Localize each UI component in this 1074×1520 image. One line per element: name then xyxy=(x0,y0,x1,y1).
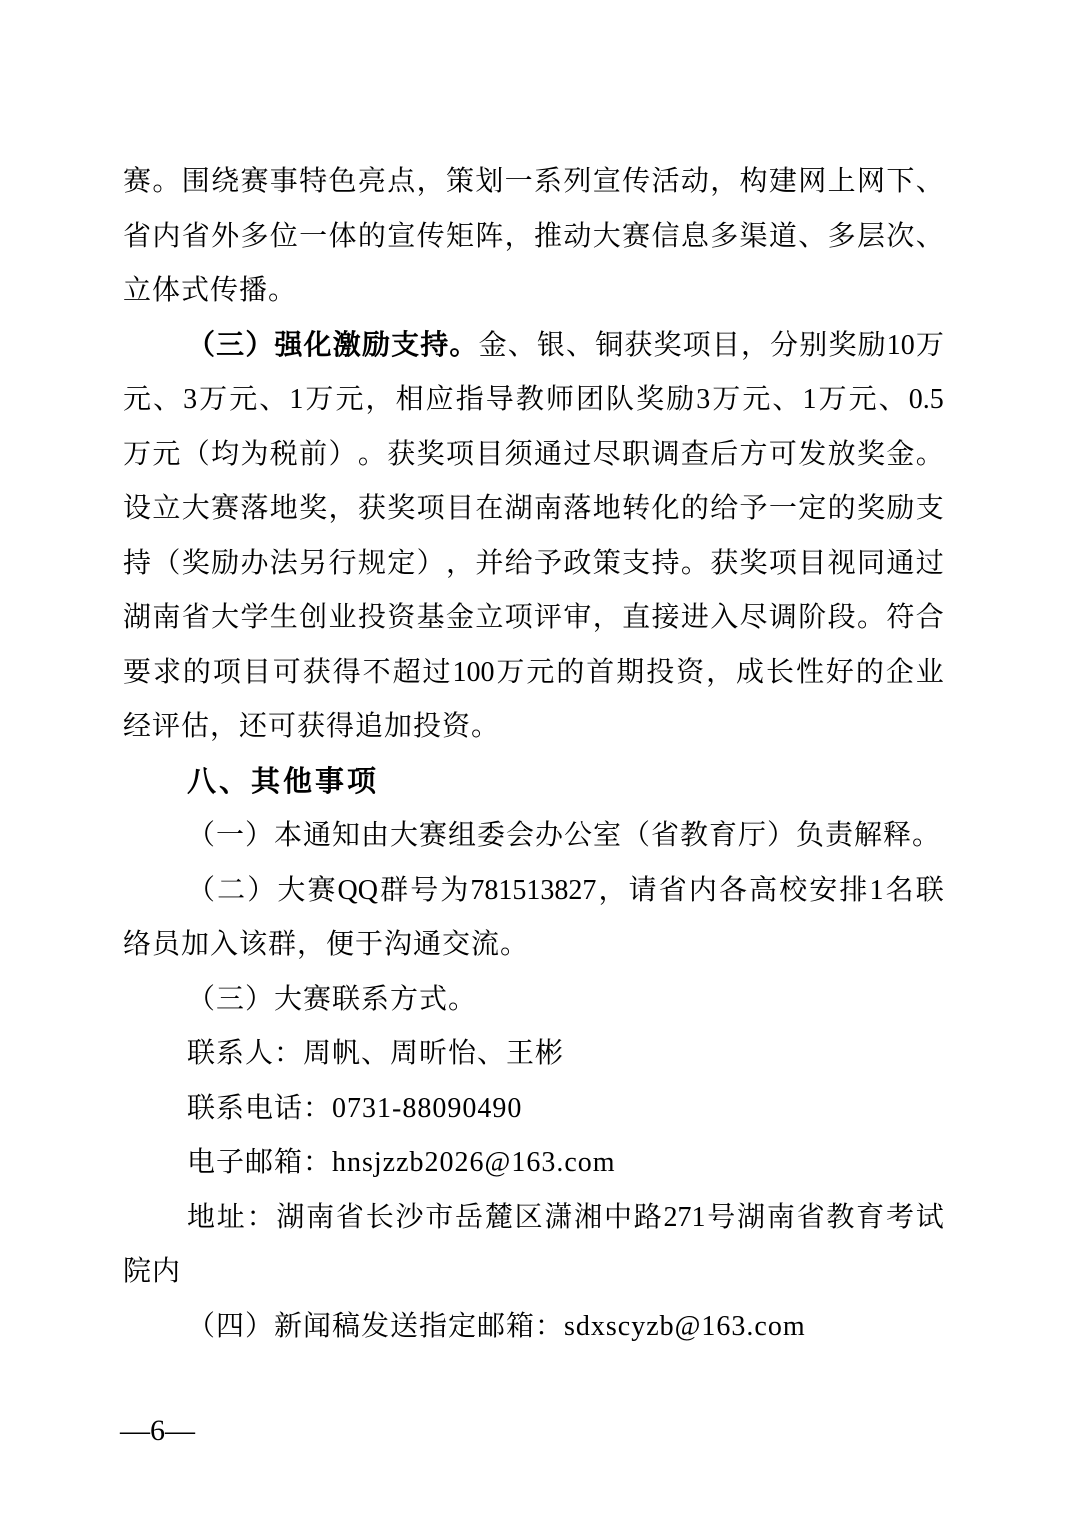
glyph: ， xyxy=(446,537,474,592)
page-number: —6— xyxy=(120,1409,195,1453)
glyph: 划 xyxy=(475,155,503,210)
glyph: 的 xyxy=(556,646,584,701)
glyph: 均 xyxy=(211,428,239,483)
glyph: 地 xyxy=(270,482,298,537)
text-segment: 立体式传播。 xyxy=(123,275,297,306)
glyph: 长 xyxy=(366,1191,394,1246)
text-line: 元、3万元、1万元，相应指导教师团队奖励3万元、1万元、0.5 xyxy=(123,373,944,428)
glyph: 10 xyxy=(887,319,915,374)
glyph: 请 xyxy=(629,864,657,919)
glyph: 后 xyxy=(710,428,738,483)
text-line: 省内省外多位一体的宣传矩阵，推动大赛信息多渠道、多层次、 xyxy=(123,210,944,265)
glyph: 一 xyxy=(299,210,327,265)
glyph: 湖 xyxy=(505,482,533,537)
glyph: 活 xyxy=(651,155,679,210)
glyph: 1 xyxy=(802,373,816,428)
glyph: 符 xyxy=(886,591,914,646)
glyph: 、 xyxy=(798,210,826,265)
glyph: 转 xyxy=(622,482,650,537)
glyph: 多 xyxy=(710,210,738,265)
glyph: 化 xyxy=(304,319,332,374)
glyph: 元 xyxy=(229,373,257,428)
glyph: 励 xyxy=(666,373,694,428)
glyph: 阶 xyxy=(798,591,826,646)
glyph: 南 xyxy=(767,1191,795,1246)
text-segment: （一）本通知由大赛组委会办公室（省教育厅）负责解释。 xyxy=(187,820,941,851)
glyph: 调 xyxy=(651,428,679,483)
glyph: 支 xyxy=(622,537,650,592)
glyph: 。 xyxy=(916,428,944,483)
glyph: 地 xyxy=(593,482,621,537)
glyph: 的 xyxy=(828,482,856,537)
glyph: 项 xyxy=(505,591,533,646)
glyph: 进 xyxy=(681,591,709,646)
glyph: 岳 xyxy=(455,1191,483,1246)
glyph: 三 xyxy=(216,319,244,374)
glyph: ， xyxy=(741,319,769,374)
glyph: 奖 xyxy=(299,482,327,537)
glyph: 元 xyxy=(123,373,151,428)
glyph: 相 xyxy=(396,373,424,428)
text-segment: （四）新闻稿发送指定邮箱：sdxscyzb@163.com xyxy=(187,1311,806,1342)
glyph: 号 xyxy=(410,864,438,919)
glyph: 。 xyxy=(857,591,885,646)
glyph: 获 xyxy=(303,646,331,701)
glyph: 通 xyxy=(534,428,562,483)
text-segment: 联系人：周帆、周昕怡、王彬 xyxy=(187,1038,564,1069)
glyph: 目 xyxy=(798,537,826,592)
glyph: 须 xyxy=(505,428,533,483)
glyph: 金 xyxy=(479,319,507,374)
text-line: （四）新闻稿发送指定邮箱：sdxscyzb@163.com xyxy=(123,1300,944,1355)
glyph: 过 xyxy=(423,646,451,701)
glyph: 目 xyxy=(243,646,271,701)
glyph: 尽 xyxy=(740,591,768,646)
glyph: 调 xyxy=(769,591,797,646)
glyph: 育 xyxy=(856,1191,884,1246)
glyph: 省 xyxy=(182,591,210,646)
text-line: 八、其他事项 xyxy=(123,755,944,810)
glyph: 目 xyxy=(712,319,740,374)
glyph: 过 xyxy=(563,428,591,483)
glyph: 多 xyxy=(828,210,856,265)
text-line: 经评估，还可获得追加投资。 xyxy=(123,700,944,755)
glyph: 的 xyxy=(358,210,386,265)
glyph: 查 xyxy=(681,428,709,483)
glyph: 持 xyxy=(651,537,679,592)
glyph: 的 xyxy=(681,482,709,537)
glyph: ） xyxy=(247,864,275,919)
glyph: 予 xyxy=(740,482,768,537)
glyph: 并 xyxy=(475,537,503,592)
glyph: 赛 xyxy=(211,482,239,537)
glyph: 系 xyxy=(534,155,562,210)
glyph: 赛 xyxy=(307,864,335,919)
text-line: 万元（均为税前）。获奖项目须通过尽职调查后方可发放奖金。 xyxy=(123,428,944,483)
glyph: 万 xyxy=(199,373,227,428)
text-line: 持（奖励办法另行规定），并给予政策支持。获奖项目视同通过 xyxy=(123,537,944,592)
glyph: 3 xyxy=(696,373,710,428)
text-line: 电子邮箱：hnsjzzb2026@163.com xyxy=(123,1136,944,1191)
glyph: 元 xyxy=(742,373,770,428)
glyph: 内 xyxy=(689,864,717,919)
glyph: 万 xyxy=(123,428,151,483)
glyph: 次 xyxy=(886,210,914,265)
glyph: 省 xyxy=(336,1191,364,1246)
glyph: 元 xyxy=(335,373,363,428)
glyph: 项 xyxy=(683,319,711,374)
glyph: 前 xyxy=(299,428,327,483)
glyph: 二 xyxy=(217,864,245,919)
document-body: 赛。围绕赛事特色亮点，策划一系列宣传活动，构建网上网下、省内省外多位一体的宣传矩… xyxy=(123,155,944,1354)
text-line: 湖南省大学生创业投资基金立项评审，直接进入尽调阶段。符合 xyxy=(123,591,944,646)
glyph: 址 xyxy=(217,1191,245,1246)
glyph: 入 xyxy=(710,591,738,646)
text-segment: 联系电话：0731-88090490 xyxy=(187,1093,522,1124)
glyph: 长 xyxy=(766,646,794,701)
glyph: 0.5 xyxy=(909,373,944,428)
text-segment: 络员加入该群，便于沟通交流。 xyxy=(123,929,529,960)
glyph: 传 xyxy=(417,210,445,265)
glyph: 合 xyxy=(916,591,944,646)
glyph: 定 xyxy=(798,482,826,537)
glyph: 立 xyxy=(152,482,180,537)
glyph: 路 xyxy=(634,1191,662,1246)
glyph: 校 xyxy=(779,864,807,919)
glyph: 项 xyxy=(417,482,445,537)
glyph: ， xyxy=(710,155,738,210)
glyph: 道 xyxy=(769,210,797,265)
glyph: 湖 xyxy=(276,1191,304,1246)
glyph: 号 xyxy=(707,1191,735,1246)
glyph: 万 xyxy=(712,373,740,428)
glyph: 湖 xyxy=(737,1191,765,1246)
glyph: 励 xyxy=(211,537,239,592)
glyph: 创 xyxy=(299,591,327,646)
glyph: 获 xyxy=(358,482,386,537)
glyph: 上 xyxy=(828,155,856,210)
glyph: 获 xyxy=(387,428,415,483)
glyph: 求 xyxy=(153,646,181,701)
glyph: 宣 xyxy=(593,155,621,210)
glyph: 金 xyxy=(886,428,914,483)
glyph: 资 xyxy=(387,591,415,646)
glyph: 南 xyxy=(306,1191,334,1246)
glyph: 法 xyxy=(270,537,298,592)
glyph: 万 xyxy=(916,319,944,374)
glyph: 通 xyxy=(886,537,914,592)
glyph: 奖 xyxy=(857,482,885,537)
glyph: 别 xyxy=(799,319,827,374)
glyph: QQ xyxy=(338,864,378,919)
glyph: 团 xyxy=(576,373,604,428)
glyph: ） xyxy=(329,428,357,483)
glyph: 潇 xyxy=(544,1191,572,1246)
glyph: 体 xyxy=(329,210,357,265)
glyph: 资 xyxy=(676,646,704,701)
glyph: 阵 xyxy=(475,210,503,265)
text-line: （一）本通知由大赛组委会办公室（省教育厅）负责解释。 xyxy=(123,809,944,864)
glyph: 不 xyxy=(363,646,391,701)
glyph: 推 xyxy=(534,210,562,265)
glyph: 立 xyxy=(475,591,503,646)
glyph: 获 xyxy=(624,319,652,374)
glyph: 奖 xyxy=(654,319,682,374)
glyph: 支 xyxy=(916,482,944,537)
glyph: 给 xyxy=(710,482,738,537)
glyph: 亮 xyxy=(358,155,386,210)
glyph: 、 xyxy=(879,373,907,428)
text-line: （三）大赛联系方式。 xyxy=(123,973,944,1028)
glyph: 点 xyxy=(387,155,415,210)
glyph: 传 xyxy=(622,155,650,210)
text-line: （二）大赛QQ群号为781513827，请省内各高校安排1名联 xyxy=(123,864,944,919)
glyph: 项 xyxy=(213,646,241,701)
glyph: 一 xyxy=(769,482,797,537)
glyph: 方 xyxy=(740,428,768,483)
glyph: 奖 xyxy=(387,482,415,537)
glyph: 业 xyxy=(916,646,944,701)
glyph: 市 xyxy=(425,1191,453,1246)
glyph: 位 xyxy=(270,210,298,265)
glyph: 一 xyxy=(505,155,533,210)
page: 赛。围绕赛事特色亮点，策划一系列宣传活动，构建网上网下、省内省外多位一体的宣传矩… xyxy=(0,0,1074,1520)
glyph: 予 xyxy=(534,537,562,592)
glyph: 。 xyxy=(681,537,709,592)
glyph: 办 xyxy=(240,537,268,592)
glyph: （ xyxy=(152,537,180,592)
glyph: 排 xyxy=(839,864,867,919)
glyph: 试 xyxy=(916,1191,944,1246)
text-line: 院内 xyxy=(123,1245,944,1300)
glyph: 下 xyxy=(886,155,914,210)
glyph: 定 xyxy=(387,537,415,592)
glyph: 联 xyxy=(916,864,944,919)
glyph: 奖 xyxy=(740,537,768,592)
glyph: 的 xyxy=(183,646,211,701)
glyph: 事 xyxy=(270,155,298,210)
glyph: 在 xyxy=(475,482,503,537)
glyph: 、 xyxy=(916,155,944,210)
glyph: 导 xyxy=(486,373,514,428)
glyph: 师 xyxy=(546,373,574,428)
glyph: 。 xyxy=(358,428,386,483)
glyph: 获 xyxy=(710,537,738,592)
glyph: 过 xyxy=(916,537,944,592)
glyph: 发 xyxy=(798,428,826,483)
glyph: 、 xyxy=(916,210,944,265)
glyph: 赛 xyxy=(622,210,650,265)
text-line: 地址：湖南省长沙市岳麓区潇湘中路271号湖南省教育考试 xyxy=(123,1191,944,1246)
glyph: 强 xyxy=(274,319,302,374)
glyph: 层 xyxy=(857,210,885,265)
glyph: 首 xyxy=(586,646,614,701)
glyph: 、 xyxy=(259,373,287,428)
glyph: 给 xyxy=(505,537,533,592)
glyph: ， xyxy=(505,210,533,265)
glyph: 围 xyxy=(182,155,210,210)
glyph: 区 xyxy=(515,1191,543,1246)
text-line: 联系电话：0731-88090490 xyxy=(123,1082,944,1137)
glyph: 教 xyxy=(826,1191,854,1246)
glyph: 奖 xyxy=(857,428,885,483)
glyph: 沙 xyxy=(395,1191,423,1246)
glyph: 税 xyxy=(270,428,298,483)
glyph: 企 xyxy=(886,646,914,701)
glyph: ， xyxy=(417,155,445,210)
text-line: 赛。围绕赛事特色亮点，策划一系列宣传活动，构建网上网下、 xyxy=(123,155,944,210)
glyph: 激 xyxy=(333,319,361,374)
text-segment: 院内 xyxy=(123,1256,181,1287)
glyph: 。 xyxy=(449,319,477,374)
glyph: 金 xyxy=(446,591,474,646)
glyph: 列 xyxy=(563,155,591,210)
glyph: 落 xyxy=(240,482,268,537)
glyph: 奖 xyxy=(636,373,664,428)
glyph: 接 xyxy=(651,591,679,646)
glyph: 项 xyxy=(769,537,797,592)
glyph: 持 xyxy=(420,319,448,374)
glyph: 业 xyxy=(329,591,357,646)
text-line: （三）强化激励支持。金、银、铜获奖项目，分别奖励10万 xyxy=(123,319,944,374)
glyph: 银 xyxy=(537,319,565,374)
glyph: 外 xyxy=(211,210,239,265)
glyph: 好 xyxy=(826,646,854,701)
glyph: 励 xyxy=(886,482,914,537)
glyph: 策 xyxy=(446,155,474,210)
glyph: 1 xyxy=(289,373,303,428)
glyph: 赛 xyxy=(240,155,268,210)
glyph: 中 xyxy=(604,1191,632,1246)
glyph: 尽 xyxy=(593,428,621,483)
glyph: 得 xyxy=(333,646,361,701)
glyph: 安 xyxy=(809,864,837,919)
glyph: 教 xyxy=(516,373,544,428)
glyph: 可 xyxy=(273,646,301,701)
text-line: 联系人：周帆、周昕怡、王彬 xyxy=(123,1027,944,1082)
glyph: 建 xyxy=(769,155,797,210)
text-segment: 电子邮箱：hnsjzzb2026@163.com xyxy=(187,1147,616,1178)
glyph: 高 xyxy=(749,864,777,919)
glyph: 各 xyxy=(719,864,747,919)
glyph: 宣 xyxy=(387,210,415,265)
glyph: 。 xyxy=(152,155,180,210)
glyph: 的 xyxy=(856,646,884,701)
glyph: 为 xyxy=(440,864,468,919)
glyph: 赛 xyxy=(123,155,151,210)
glyph: 网 xyxy=(798,155,826,210)
glyph: ， xyxy=(593,591,621,646)
text-line: 要求的项目可获得不超过100万元的首期投资，成长性好的企业 xyxy=(123,646,944,701)
glyph: ， xyxy=(366,373,394,428)
glyph: 省 xyxy=(123,210,151,265)
text-segment: 八、其他事项 xyxy=(187,766,379,798)
glyph: 色 xyxy=(329,155,357,210)
glyph: 基 xyxy=(417,591,445,646)
glyph: 元 xyxy=(849,373,877,428)
glyph: 万 xyxy=(819,373,847,428)
glyph: 应 xyxy=(426,373,454,428)
glyph: 规 xyxy=(358,537,386,592)
glyph: 南 xyxy=(152,591,180,646)
glyph: 省 xyxy=(659,864,687,919)
glyph: 同 xyxy=(857,537,885,592)
glyph: 性 xyxy=(796,646,824,701)
glyph: ， xyxy=(329,482,357,537)
text-segment: （三）大赛联系方式。 xyxy=(187,984,477,1015)
glyph: 息 xyxy=(681,210,709,265)
glyph: 地 xyxy=(187,1191,215,1246)
glyph: 行 xyxy=(329,537,357,592)
glyph: （ xyxy=(187,319,215,374)
glyph: ： xyxy=(247,1191,275,1246)
glyph: 奖 xyxy=(828,319,856,374)
glyph: 多 xyxy=(240,210,268,265)
glyph: 特 xyxy=(299,155,327,210)
glyph: 直 xyxy=(622,591,650,646)
glyph: 省 xyxy=(797,1191,825,1246)
glyph: 策 xyxy=(593,537,621,592)
glyph: 落 xyxy=(563,482,591,537)
glyph: 指 xyxy=(456,373,484,428)
glyph: 职 xyxy=(622,428,650,483)
glyph: 放 xyxy=(828,428,856,483)
glyph: 绕 xyxy=(211,155,239,210)
glyph: 万 xyxy=(305,373,333,428)
glyph: 万 xyxy=(496,646,524,701)
glyph: 1 xyxy=(870,864,884,919)
glyph: 3 xyxy=(183,373,197,428)
text-line: 设立大赛落地奖，获奖项目在湖南落地转化的给予一定的奖励支 xyxy=(123,482,944,537)
glyph: （ xyxy=(182,428,210,483)
glyph: 期 xyxy=(616,646,644,701)
glyph: 学 xyxy=(240,591,268,646)
text-segment: 经评估，还可获得追加投资。 xyxy=(123,711,500,742)
glyph: 大 xyxy=(182,482,210,537)
glyph: 段 xyxy=(828,591,856,646)
glyph: 励 xyxy=(858,319,886,374)
glyph: 铜 xyxy=(595,319,623,374)
glyph: 投 xyxy=(358,591,386,646)
glyph: 分 xyxy=(770,319,798,374)
glyph: 省 xyxy=(182,210,210,265)
glyph: 目 xyxy=(475,428,503,483)
glyph: 生 xyxy=(270,591,298,646)
text-line: 立体式传播。 xyxy=(123,264,944,319)
glyph: 群 xyxy=(380,864,408,919)
glyph: ） xyxy=(417,537,445,592)
glyph: 审 xyxy=(563,591,591,646)
glyph: 271 xyxy=(664,1191,706,1246)
glyph: 动 xyxy=(563,210,591,265)
glyph: 内 xyxy=(152,210,180,265)
glyph: 麓 xyxy=(485,1191,513,1246)
glyph: 为 xyxy=(240,428,268,483)
glyph: 781513827 xyxy=(470,864,596,919)
glyph: 奖 xyxy=(417,428,445,483)
glyph: 元 xyxy=(526,646,554,701)
glyph: 持 xyxy=(123,537,151,592)
glyph: 设 xyxy=(123,482,151,537)
glyph: 名 xyxy=(886,864,914,919)
glyph: 渠 xyxy=(740,210,768,265)
text-line: 络员加入该群，便于沟通交流。 xyxy=(123,918,944,973)
glyph: 动 xyxy=(681,155,709,210)
glyph: 、 xyxy=(566,319,594,374)
glyph: 要 xyxy=(123,646,151,701)
glyph: 队 xyxy=(606,373,634,428)
glyph: 可 xyxy=(769,428,797,483)
